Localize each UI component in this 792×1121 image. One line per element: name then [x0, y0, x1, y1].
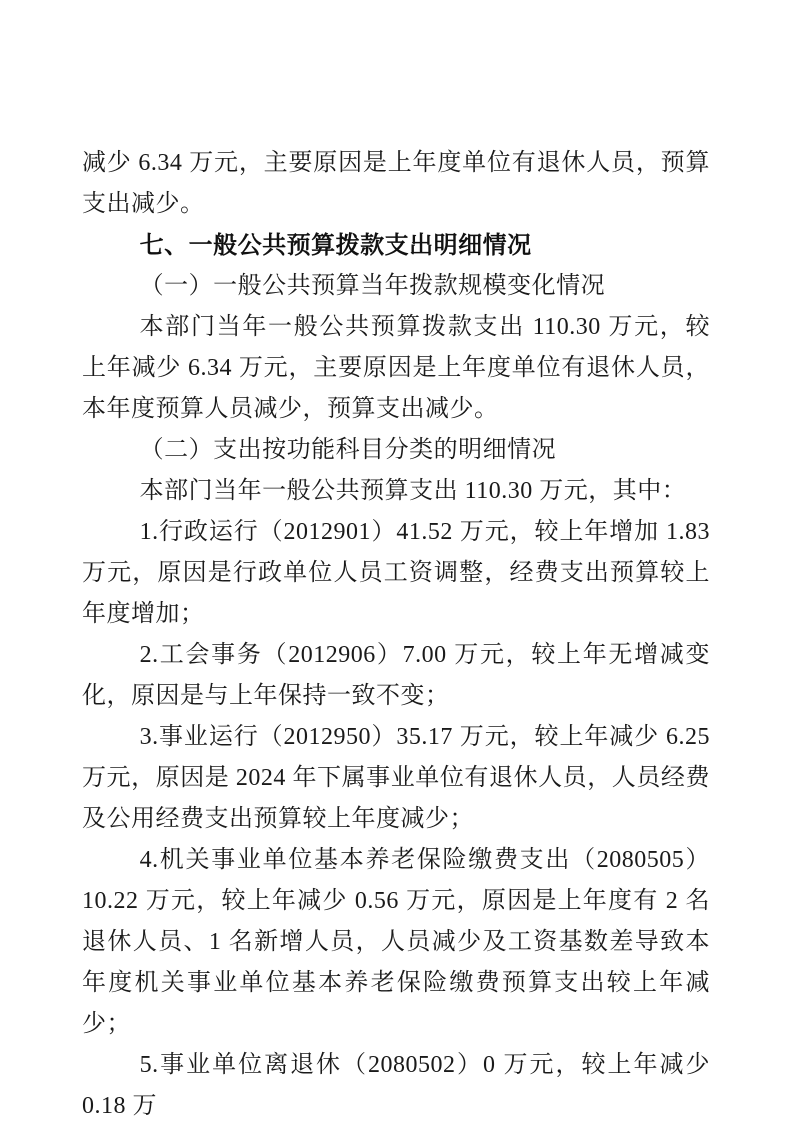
- paragraph: 本部门当年一般公共预算拨款支出 110.30 万元，较上年减少 6.34 万元，…: [82, 307, 710, 430]
- subsection-heading-1: （一）一般公共预算当年拨款规模变化情况: [82, 266, 710, 307]
- paragraph-item-5: 5.事业单位离退休（2080502）0 万元，较上年减少 0.18 万: [82, 1045, 710, 1121]
- paragraph-item-4: 4.机关事业单位基本养老保险缴费支出（2080505）10.22 万元，较上年减…: [82, 840, 710, 1045]
- document-body: 减少 6.34 万元，主要原因是上年度单位有退休人员，预算支出减少。七、一般公共…: [82, 143, 710, 1121]
- section-heading: 七、一般公共预算拨款支出明细情况: [82, 225, 710, 266]
- paragraph-item-2: 2.工会事务（2012906）7.00 万元，较上年无增减变化，原因是与上年保持…: [82, 635, 710, 717]
- paragraph: 本部门当年一般公共预算支出 110.30 万元，其中：: [82, 471, 710, 512]
- document-page: 减少 6.34 万元，主要原因是上年度单位有退休人员，预算支出减少。七、一般公共…: [0, 0, 792, 1121]
- paragraph-item-1: 1.行政运行（2012901）41.52 万元，较上年增加 1.83 万元，原因…: [82, 512, 710, 635]
- continued-paragraph: 减少 6.34 万元，主要原因是上年度单位有退休人员，预算支出减少。: [82, 143, 710, 225]
- subsection-heading-2: （二）支出按功能科目分类的明细情况: [82, 430, 710, 471]
- paragraph-item-3: 3.事业运行（2012950）35.17 万元，较上年减少 6.25 万元，原因…: [82, 717, 710, 840]
